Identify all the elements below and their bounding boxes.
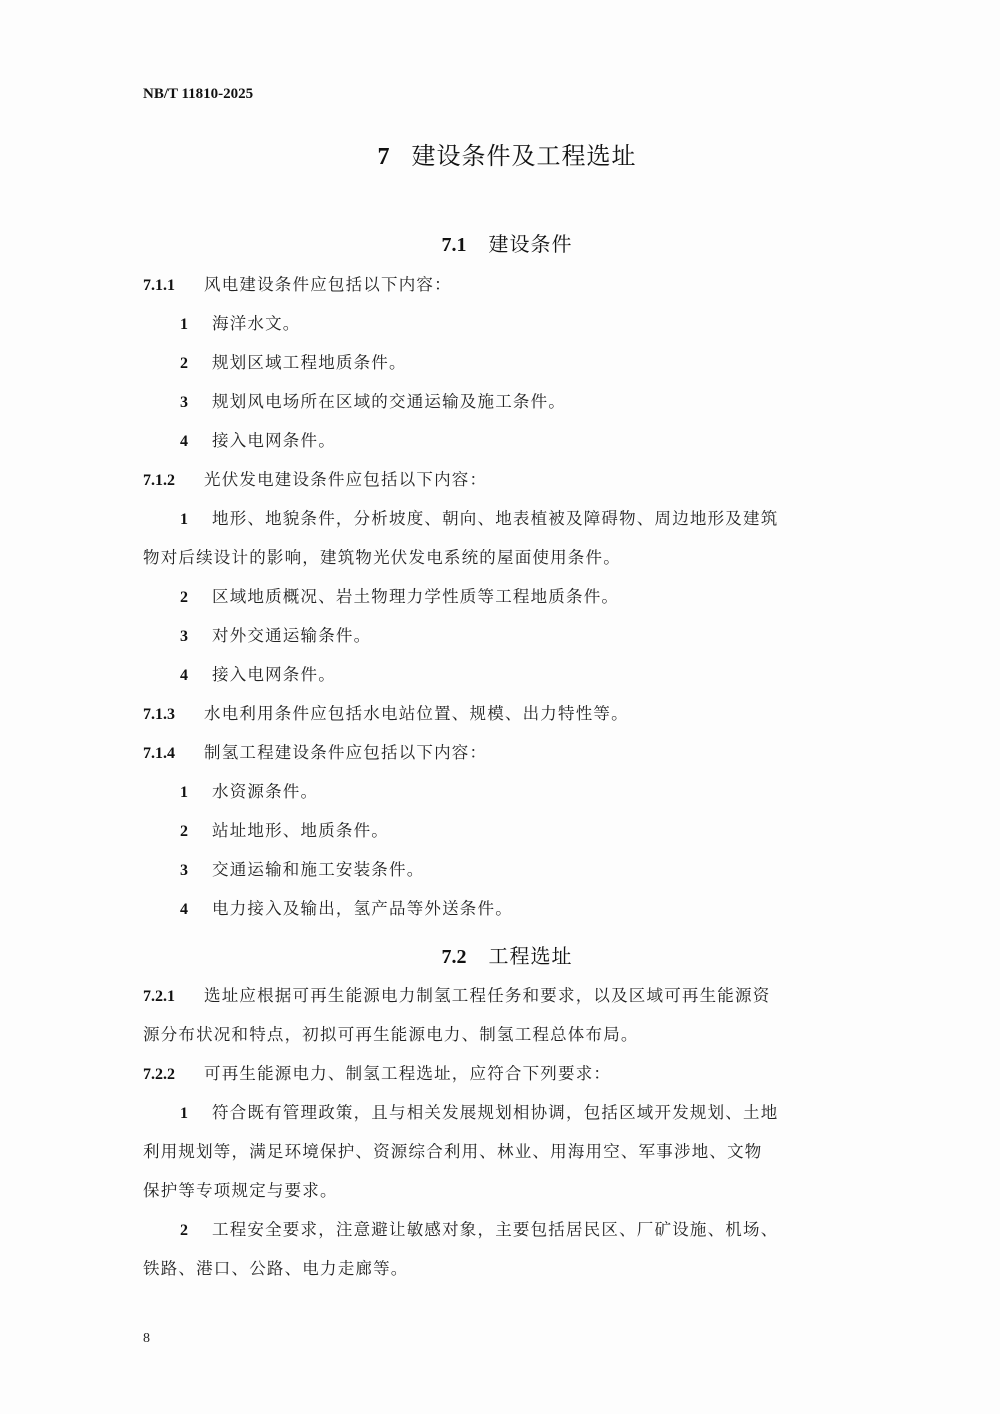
item-text: 规划风电场所在区域的交通运输及施工条件。 bbox=[212, 392, 566, 411]
item-number: 3 bbox=[180, 392, 212, 414]
clause-text: 风电建设条件应包括以下内容： bbox=[204, 275, 452, 294]
item-number: 3 bbox=[180, 626, 212, 648]
item-text: 利用规划等，满足环境保护、资源综合利用、林业、用海用空、军事涉地、文物 bbox=[143, 1142, 763, 1161]
page-number: 8 bbox=[143, 1331, 150, 1347]
item-number: 1 bbox=[180, 509, 212, 531]
item-text: 对外交通运输条件。 bbox=[212, 626, 371, 645]
section-number: 7.1 bbox=[442, 234, 467, 256]
item-number: 4 bbox=[180, 431, 212, 453]
clause-7-2-2: 7.2.2可再生能源电力、制氢工程选址，应符合下列要求： bbox=[143, 1063, 611, 1086]
list-item: 2规划区域工程地质条件。 bbox=[180, 352, 407, 375]
item-text: 符合既有管理政策，且与相关发展规划相协调，包括区域开发规划、土地 bbox=[212, 1103, 778, 1122]
clause-text: 选址应根据可再生能源电力制氢工程任务和要求，以及区域可再生能源资 bbox=[204, 986, 770, 1005]
clause-7-2-1: 7.2.1选址应根据可再生能源电力制氢工程任务和要求，以及区域可再生能源资 bbox=[143, 985, 770, 1008]
item-number: 2 bbox=[180, 587, 212, 609]
item-text: 接入电网条件。 bbox=[212, 665, 336, 684]
list-item: 3对外交通运输条件。 bbox=[180, 625, 371, 648]
list-item: 1符合既有管理政策，且与相关发展规划相协调，包括区域开发规划、土地 bbox=[180, 1102, 778, 1125]
list-item: 1地形、地貌条件，分析坡度、朝向、地表植被及障碍物、周边地形及建筑 bbox=[180, 508, 778, 531]
chapter-title-text: 建设条件及工程选址 bbox=[412, 142, 637, 170]
list-item: 3规划风电场所在区域的交通运输及施工条件。 bbox=[180, 391, 566, 414]
clause-number: 7.2.1 bbox=[143, 986, 204, 1008]
item-text: 规划区域工程地质条件。 bbox=[212, 353, 407, 372]
item-number: 4 bbox=[180, 665, 212, 687]
item-number: 3 bbox=[180, 860, 212, 882]
clause-number: 7.1.2 bbox=[143, 470, 204, 492]
list-item-continuation: 利用规划等，满足环境保护、资源综合利用、林业、用海用空、军事涉地、文物 bbox=[143, 1141, 763, 1163]
item-number: 2 bbox=[180, 1220, 212, 1242]
list-item: 4接入电网条件。 bbox=[180, 430, 336, 453]
clause-7-1-4: 7.1.4制氢工程建设条件应包括以下内容： bbox=[143, 742, 487, 765]
clause-7-1-3: 7.1.3水电利用条件应包括水电站位置、规模、出力特性等。 bbox=[143, 703, 629, 726]
item-text: 保护等专项规定与要求。 bbox=[143, 1181, 338, 1200]
document-page: NB/T 11810-2025 7建设条件及工程选址 7.1建设条件 7.1.1… bbox=[0, 0, 1000, 1414]
list-item: 2站址地形、地质条件。 bbox=[180, 820, 389, 843]
item-number: 2 bbox=[180, 821, 212, 843]
item-text: 工程安全要求，注意避让敏感对象，主要包括居民区、厂矿设施、机场、 bbox=[212, 1220, 778, 1239]
list-item: 2工程安全要求，注意避让敏感对象，主要包括居民区、厂矿设施、机场、 bbox=[180, 1219, 778, 1242]
clause-7-1-2: 7.1.2光伏发电建设条件应包括以下内容： bbox=[143, 469, 487, 492]
section-title-text: 建设条件 bbox=[489, 232, 573, 256]
section-title-7-1: 7.1建设条件 bbox=[0, 228, 1000, 257]
item-number: 2 bbox=[180, 353, 212, 375]
item-text: 地形、地貌条件，分析坡度、朝向、地表植被及障碍物、周边地形及建筑 bbox=[212, 509, 778, 528]
list-item: 2区域地质概况、岩土物理力学性质等工程地质条件。 bbox=[180, 586, 619, 609]
standard-code: NB/T 11810-2025 bbox=[143, 86, 253, 103]
clause-text: 光伏发电建设条件应包括以下内容： bbox=[204, 470, 487, 489]
list-item: 1水资源条件。 bbox=[180, 781, 318, 804]
chapter-number: 7 bbox=[378, 144, 390, 170]
item-number: 1 bbox=[180, 782, 212, 804]
clause-text: 可再生能源电力、制氢工程选址，应符合下列要求： bbox=[204, 1064, 611, 1083]
item-text: 区域地质概况、岩土物理力学性质等工程地质条件。 bbox=[212, 587, 619, 606]
item-text: 海洋水文。 bbox=[212, 314, 301, 333]
item-number: 1 bbox=[180, 1103, 212, 1125]
item-text: 水资源条件。 bbox=[212, 782, 318, 801]
section-title-text: 工程选址 bbox=[489, 944, 573, 968]
clause-number: 7.1.1 bbox=[143, 275, 204, 297]
clause-number: 7.1.3 bbox=[143, 704, 204, 726]
item-text: 物对后续设计的影响，建筑物光伏发电系统的屋面使用条件。 bbox=[143, 548, 621, 567]
list-item-continuation: 物对后续设计的影响，建筑物光伏发电系统的屋面使用条件。 bbox=[143, 547, 621, 569]
section-title-7-2: 7.2工程选址 bbox=[0, 940, 1000, 969]
clause-text: 制氢工程建设条件应包括以下内容： bbox=[204, 743, 487, 762]
list-item: 1海洋水文。 bbox=[180, 313, 301, 336]
item-text: 电力接入及输出，氢产品等外送条件。 bbox=[212, 899, 513, 918]
list-item-continuation: 保护等专项规定与要求。 bbox=[143, 1180, 338, 1202]
clause-text: 源分布状况和特点，初拟可再生能源电力、制氢工程总体布局。 bbox=[143, 1025, 639, 1044]
item-text: 接入电网条件。 bbox=[212, 431, 336, 450]
item-text: 站址地形、地质条件。 bbox=[212, 821, 389, 840]
list-item: 3交通运输和施工安装条件。 bbox=[180, 859, 424, 882]
clause-continuation: 源分布状况和特点，初拟可再生能源电力、制氢工程总体布局。 bbox=[143, 1024, 639, 1046]
clause-number: 7.1.4 bbox=[143, 743, 204, 765]
list-item-continuation: 铁路、港口、公路、电力走廊等。 bbox=[143, 1258, 409, 1280]
section-number: 7.2 bbox=[442, 946, 467, 968]
list-item: 4接入电网条件。 bbox=[180, 664, 336, 687]
clause-number: 7.2.2 bbox=[143, 1064, 204, 1086]
item-number: 4 bbox=[180, 899, 212, 921]
clause-7-1-1: 7.1.1风电建设条件应包括以下内容： bbox=[143, 274, 452, 297]
item-text: 交通运输和施工安装条件。 bbox=[212, 860, 424, 879]
item-number: 1 bbox=[180, 314, 212, 336]
list-item: 4电力接入及输出，氢产品等外送条件。 bbox=[180, 898, 513, 921]
clause-text: 水电利用条件应包括水电站位置、规模、出力特性等。 bbox=[204, 704, 629, 723]
item-text: 铁路、港口、公路、电力走廊等。 bbox=[143, 1259, 409, 1278]
chapter-title: 7建设条件及工程选址 bbox=[0, 136, 1000, 171]
